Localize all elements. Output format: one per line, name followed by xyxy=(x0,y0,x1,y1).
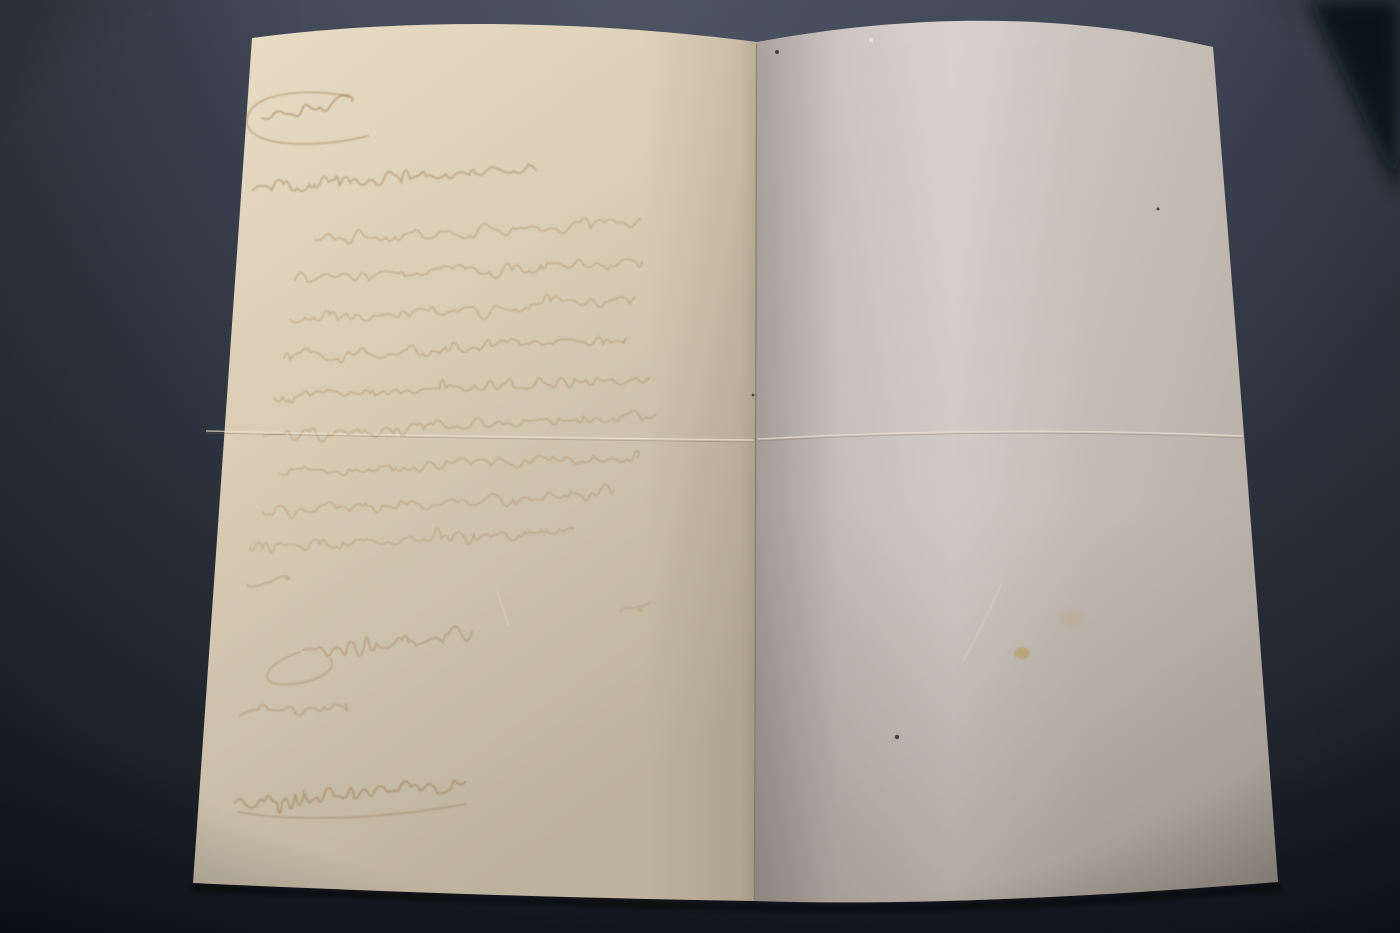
photo-grain xyxy=(0,0,1400,933)
letter-photograph: Archival photograph of an unfolded doubl… xyxy=(0,0,1400,933)
photo-canvas xyxy=(0,0,1400,933)
